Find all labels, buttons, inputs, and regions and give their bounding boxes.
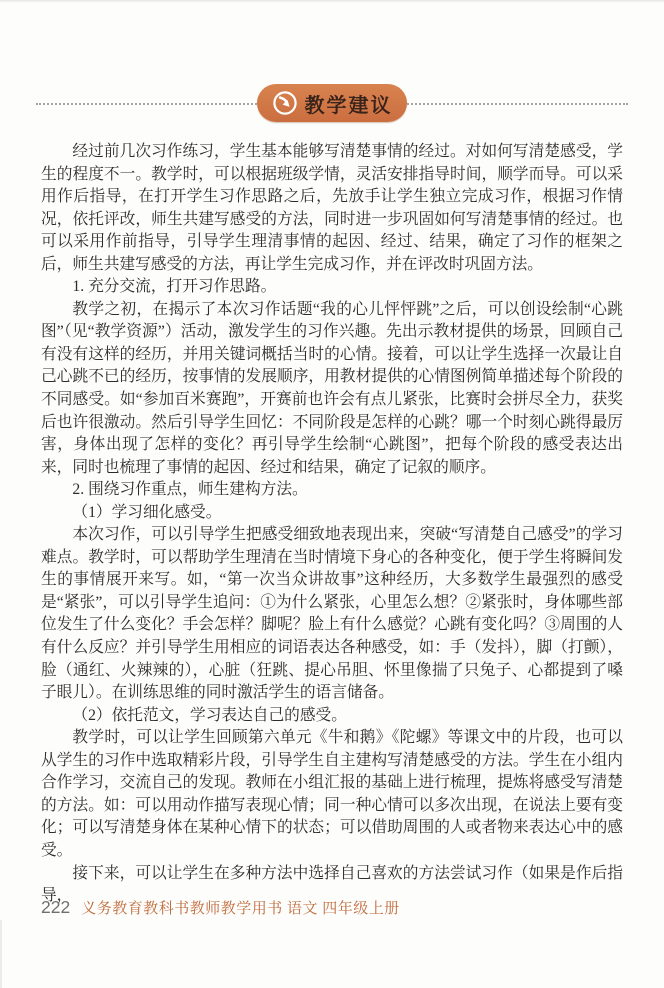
teaching-suggestions-badge: 教学建议: [257, 84, 407, 122]
paragraph: 本次习作，可以引导学生把感受细致地表现出来，突破“写清楚自己感受”的学习难点。教…: [41, 524, 623, 704]
paragraph: 教学之初，在揭示了本次习作话题“我的心儿怦怦跳”之后，可以创设绘制“心跳图”（见…: [41, 299, 623, 479]
badge-label: 教学建议: [305, 89, 393, 118]
paragraph: 经过前几次习作练习，学生基本能够写清楚事情的经过。对如何写清楚感受，学生的程度不…: [41, 141, 623, 276]
arrow-down-circle-icon: [272, 90, 298, 116]
scan-edge-top: [0, 0, 664, 3]
scan-edge-left: [0, 920, 2, 988]
book-title: 义务教育教科书教师教学用书 语文 四年级上册: [81, 897, 400, 918]
numbered-heading: 2. 围绕习作重点，师生建构方法。: [41, 479, 623, 502]
page-footer: 222 义务教育教科书教师教学用书 语文 四年级上册: [41, 897, 400, 918]
page-body-text: 经过前几次习作练习，学生基本能够写清楚事情的经过。对如何写清楚感受，学生的程度不…: [41, 141, 623, 908]
paragraph: 教学时，可以让学生回顾第六单元《牛和鹅》《陀螺》等课文中的片段，也可以从学生的习…: [41, 727, 623, 862]
section-header: 教学建议: [0, 84, 664, 124]
sub-heading: （2）依托范文，学习表达自己的感受。: [41, 705, 623, 728]
page-number: 222: [41, 897, 70, 918]
numbered-heading: 1. 充分交流，打开习作思路。: [41, 276, 623, 299]
sub-heading: （1）学习细化感受。: [41, 502, 623, 525]
